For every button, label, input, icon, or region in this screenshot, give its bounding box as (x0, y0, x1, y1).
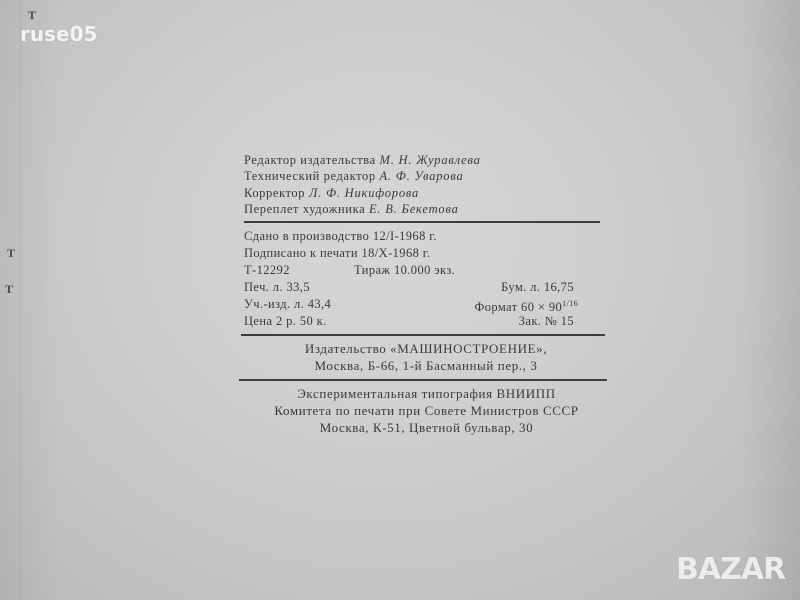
margin-letter: Т (28, 8, 36, 23)
credit-role: Технический редактор (244, 169, 376, 183)
page-shadow-right (740, 0, 800, 600)
margin-letter: Т (5, 282, 13, 297)
printed-sheets: Печ. л. 33,5 (244, 280, 310, 294)
credit-role: Переплет художника (244, 202, 365, 216)
credit-name: М. Н. Журавлева (379, 153, 480, 167)
paper-sheets: Бум. л. 16,75 (501, 279, 574, 295)
printer-committee: Комитета по печати при Совете Министров … (234, 403, 619, 420)
production-details: Сдано в производство 12/I-1968 г. Подпис… (244, 228, 614, 330)
publisher-block: Издательство «МАШИНОСТРОЕНИЕ», Москва, Б… (236, 341, 616, 375)
watermark-ruse05: ruse05 (20, 22, 97, 46)
signed-line: Подписано к печати 18/X-1968 г. (244, 245, 614, 262)
credits-list: Редактор издательства М. Н. Журавлева Те… (244, 152, 614, 217)
divider-rule (239, 379, 607, 381)
code-print-run-line: Т-12292 Тираж 10.000 экз. (244, 262, 614, 279)
credit-name: А. Ф. Уварова (379, 169, 463, 183)
order-number: Зак. № 15 (519, 313, 574, 329)
price-order-line: Цена 2 р. 50 к. Зак. № 15 (244, 313, 614, 330)
print-run: Тираж 10.000 экз. (354, 262, 455, 278)
format-fraction: 1/16 (562, 299, 578, 308)
credit-role: Корректор (244, 186, 305, 200)
printer-block: Экспериментальная типография ВНИИПП Коми… (234, 386, 619, 437)
printer-line: Экспериментальная типография ВНИИПП (234, 386, 619, 403)
publisher-line: Издательство «МАШИНОСТРОЕНИЕ», (236, 341, 616, 358)
price: Цена 2 р. 50 к. (244, 314, 327, 328)
watermark-bazar: BAZAR (676, 552, 785, 587)
publisher-sheets-line: Уч.-изд. л. 43,4 Формат 60 × 901/16 (244, 296, 614, 313)
publisher-sheets: Уч.-изд. л. 43,4 (244, 297, 331, 311)
submitted-line: Сдано в производство 12/I-1968 г. (244, 228, 614, 245)
divider-rule (244, 221, 600, 223)
credit-name: Л. Ф. Никифорова (309, 186, 419, 200)
sheets-line: Печ. л. 33,5 Бум. л. 16,75 (244, 279, 614, 296)
divider-rule (241, 334, 605, 336)
credit-role: Редактор издательства (244, 153, 376, 167)
code: Т-12292 (244, 263, 290, 277)
credit-name: Е. В. Бекетова (369, 202, 459, 216)
margin-letter: Т (7, 246, 15, 261)
credit-row: Корректор Л. Ф. Никифорова (244, 185, 614, 201)
page-edge (20, 0, 21, 600)
printer-address: Москва, К-51, Цветной бульвар, 30 (234, 420, 619, 437)
page-shadow-left (0, 0, 60, 600)
credit-row: Переплет художника Е. В. Бекетова (244, 201, 614, 217)
imprint-block: Редактор издательства М. Н. Журавлева Те… (244, 152, 614, 437)
credit-row: Редактор издательства М. Н. Журавлева (244, 152, 614, 168)
credit-row: Технический редактор А. Ф. Уварова (244, 168, 614, 184)
publisher-address: Москва, Б-66, 1-й Басманный пер., 3 (236, 358, 616, 375)
